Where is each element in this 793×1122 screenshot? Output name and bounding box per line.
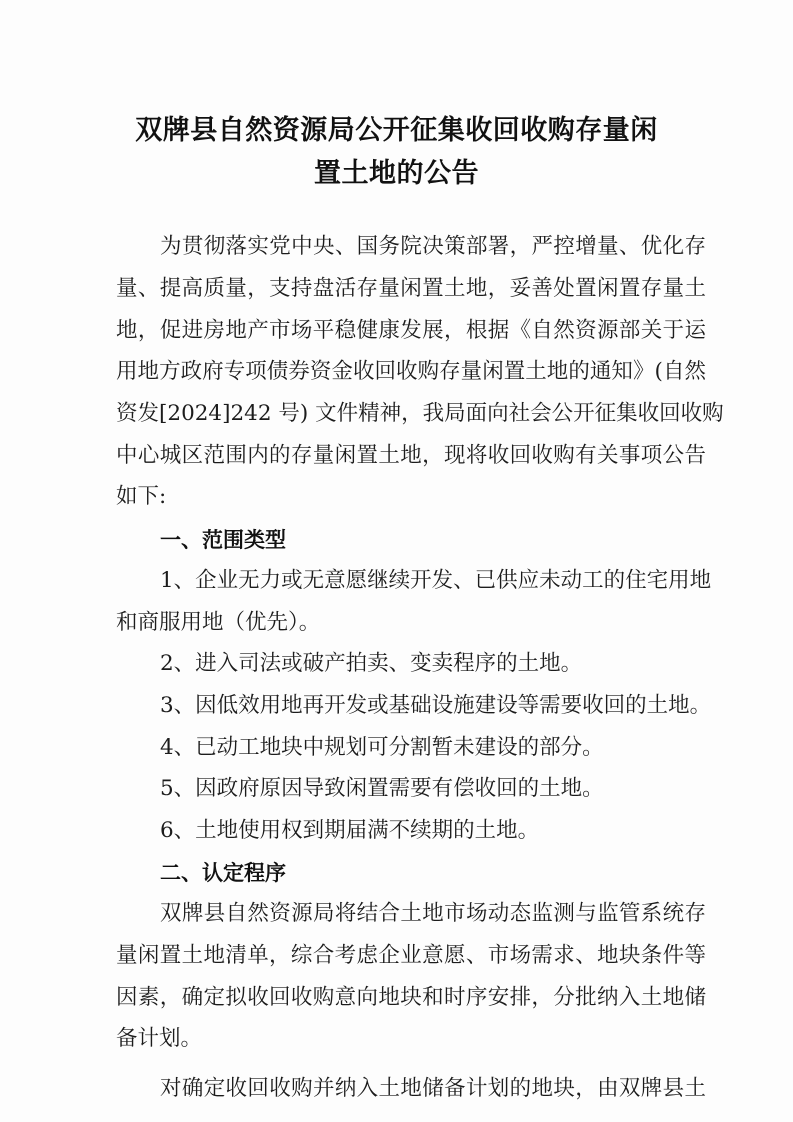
intro-line: 量、提高质量，支持盘活存量闲置土地，妥善处置闲置存量土 — [116, 274, 706, 304]
scope-item-3: 3、因低效用地再开发或基础设施建设等需要收回的土地。 — [160, 691, 706, 721]
intro-line: 地，促进房地产市场平稳健康发展，根据《自然资源部关于运 — [116, 316, 706, 346]
scope-item-4: 4、已动工地块中规划可分割暂未建设的部分。 — [160, 733, 706, 763]
procedure-line: 因素，确定拟收回收购意向地块和时序安排，分批纳入土地储 — [116, 983, 706, 1013]
document-title-line-2: 置土地的公告 — [0, 151, 793, 190]
scope-item-1: 1、企业无力或无意愿继续开发、已供应未动工的住宅用地 — [160, 566, 706, 596]
intro-line: 如下: — [116, 482, 706, 512]
intro-line: 资发[2024]242 号) 文件精神，我局面向社会公开征集收回收购 — [116, 399, 706, 429]
procedure-line: 双牌县自然资源局将结合土地市场动态监测与监管系统存 — [160, 899, 706, 929]
section-heading-procedure: 二、认定程序 — [160, 858, 286, 888]
procedure-line: 备计划。 — [116, 1024, 706, 1054]
scope-item-2: 2、进入司法或破产拍卖、变卖程序的土地。 — [160, 649, 706, 679]
scope-item-5: 5、因政府原因导致闲置需要有偿收回的土地。 — [160, 774, 706, 804]
document-title-line-1: 双牌县自然资源局公开征集收回收购存量闲 — [0, 108, 793, 147]
document-page: 双牌县自然资源局公开征集收回收购存量闲 置土地的公告 为贯彻落实党中央、国务院决… — [0, 0, 793, 1122]
procedure-line: 量闲置土地清单，综合考虑企业意愿、市场需求、地块条件等 — [116, 941, 706, 971]
section-heading-scope: 一、范围类型 — [160, 525, 286, 555]
scope-item-1-cont: 和商服用地（优先）。 — [116, 608, 706, 638]
intro-line: 为贯彻落实党中央、国务院决策部署，严控增量、优化存 — [160, 232, 706, 262]
intro-line: 用地方政府专项债券资金收回收购存量闲置土地的通知》(自然 — [116, 357, 706, 387]
scope-item-6: 6、土地使用权到期届满不续期的土地。 — [160, 816, 706, 846]
intro-line: 中心城区范围内的存量闲置土地，现将收回收购有关事项公告 — [116, 441, 706, 471]
procedure-line: 对确定收回收购并纳入土地储备计划的地块，由双牌县土 — [160, 1074, 706, 1104]
